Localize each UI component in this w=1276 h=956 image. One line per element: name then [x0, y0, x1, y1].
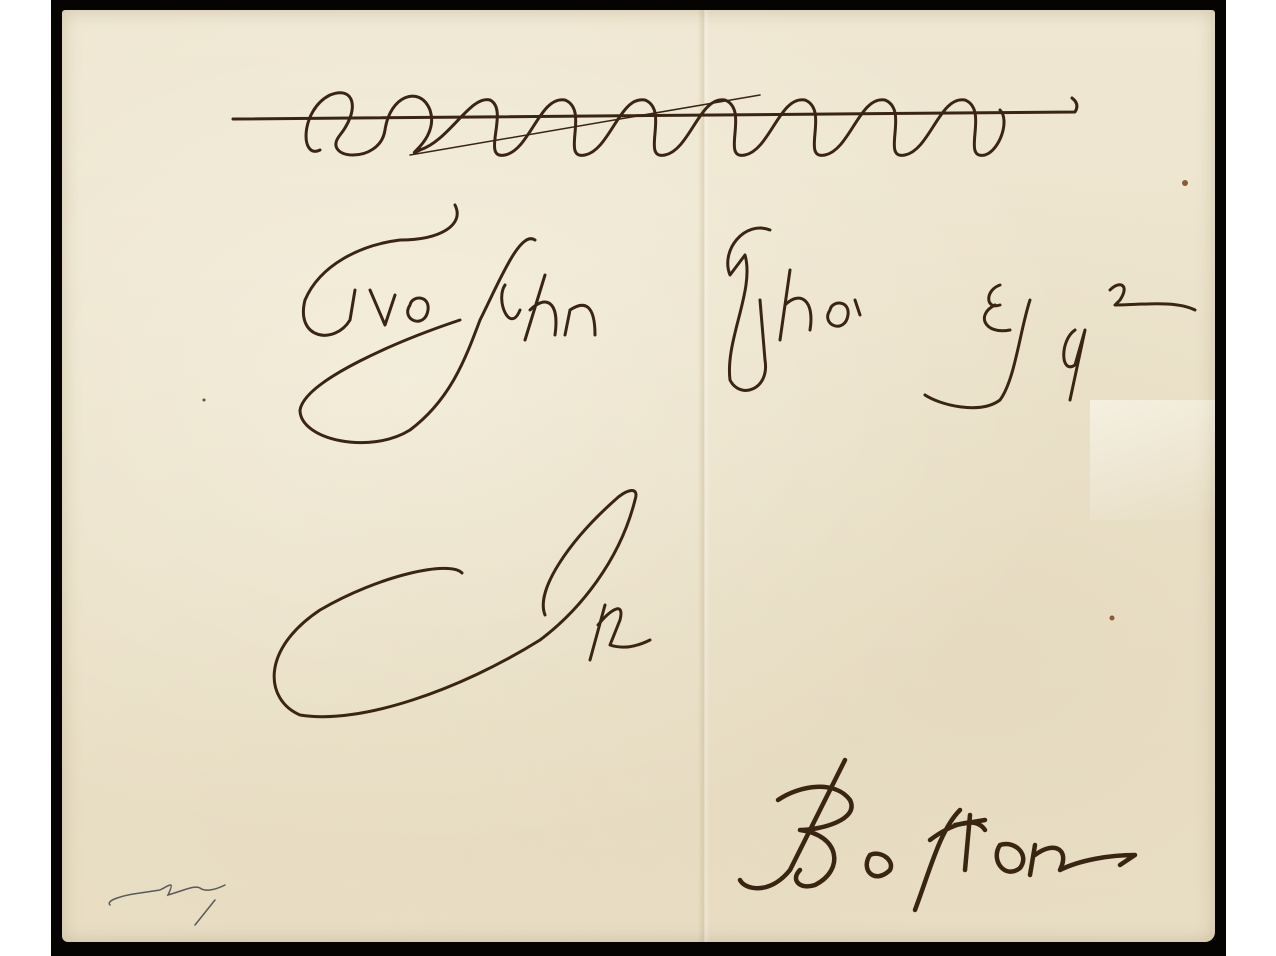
ink-spot: [1182, 180, 1188, 186]
handwriting-layer: [0, 0, 1276, 956]
ink-spot: [1110, 616, 1115, 621]
address-line-in: [274, 491, 650, 717]
crossed-out-scribble: [233, 93, 1077, 156]
ink-spot: [203, 399, 206, 402]
address-line-to-john-usher: [300, 205, 1195, 443]
address-line-boston: [740, 760, 1135, 910]
pencil-annotation: [109, 885, 225, 925]
